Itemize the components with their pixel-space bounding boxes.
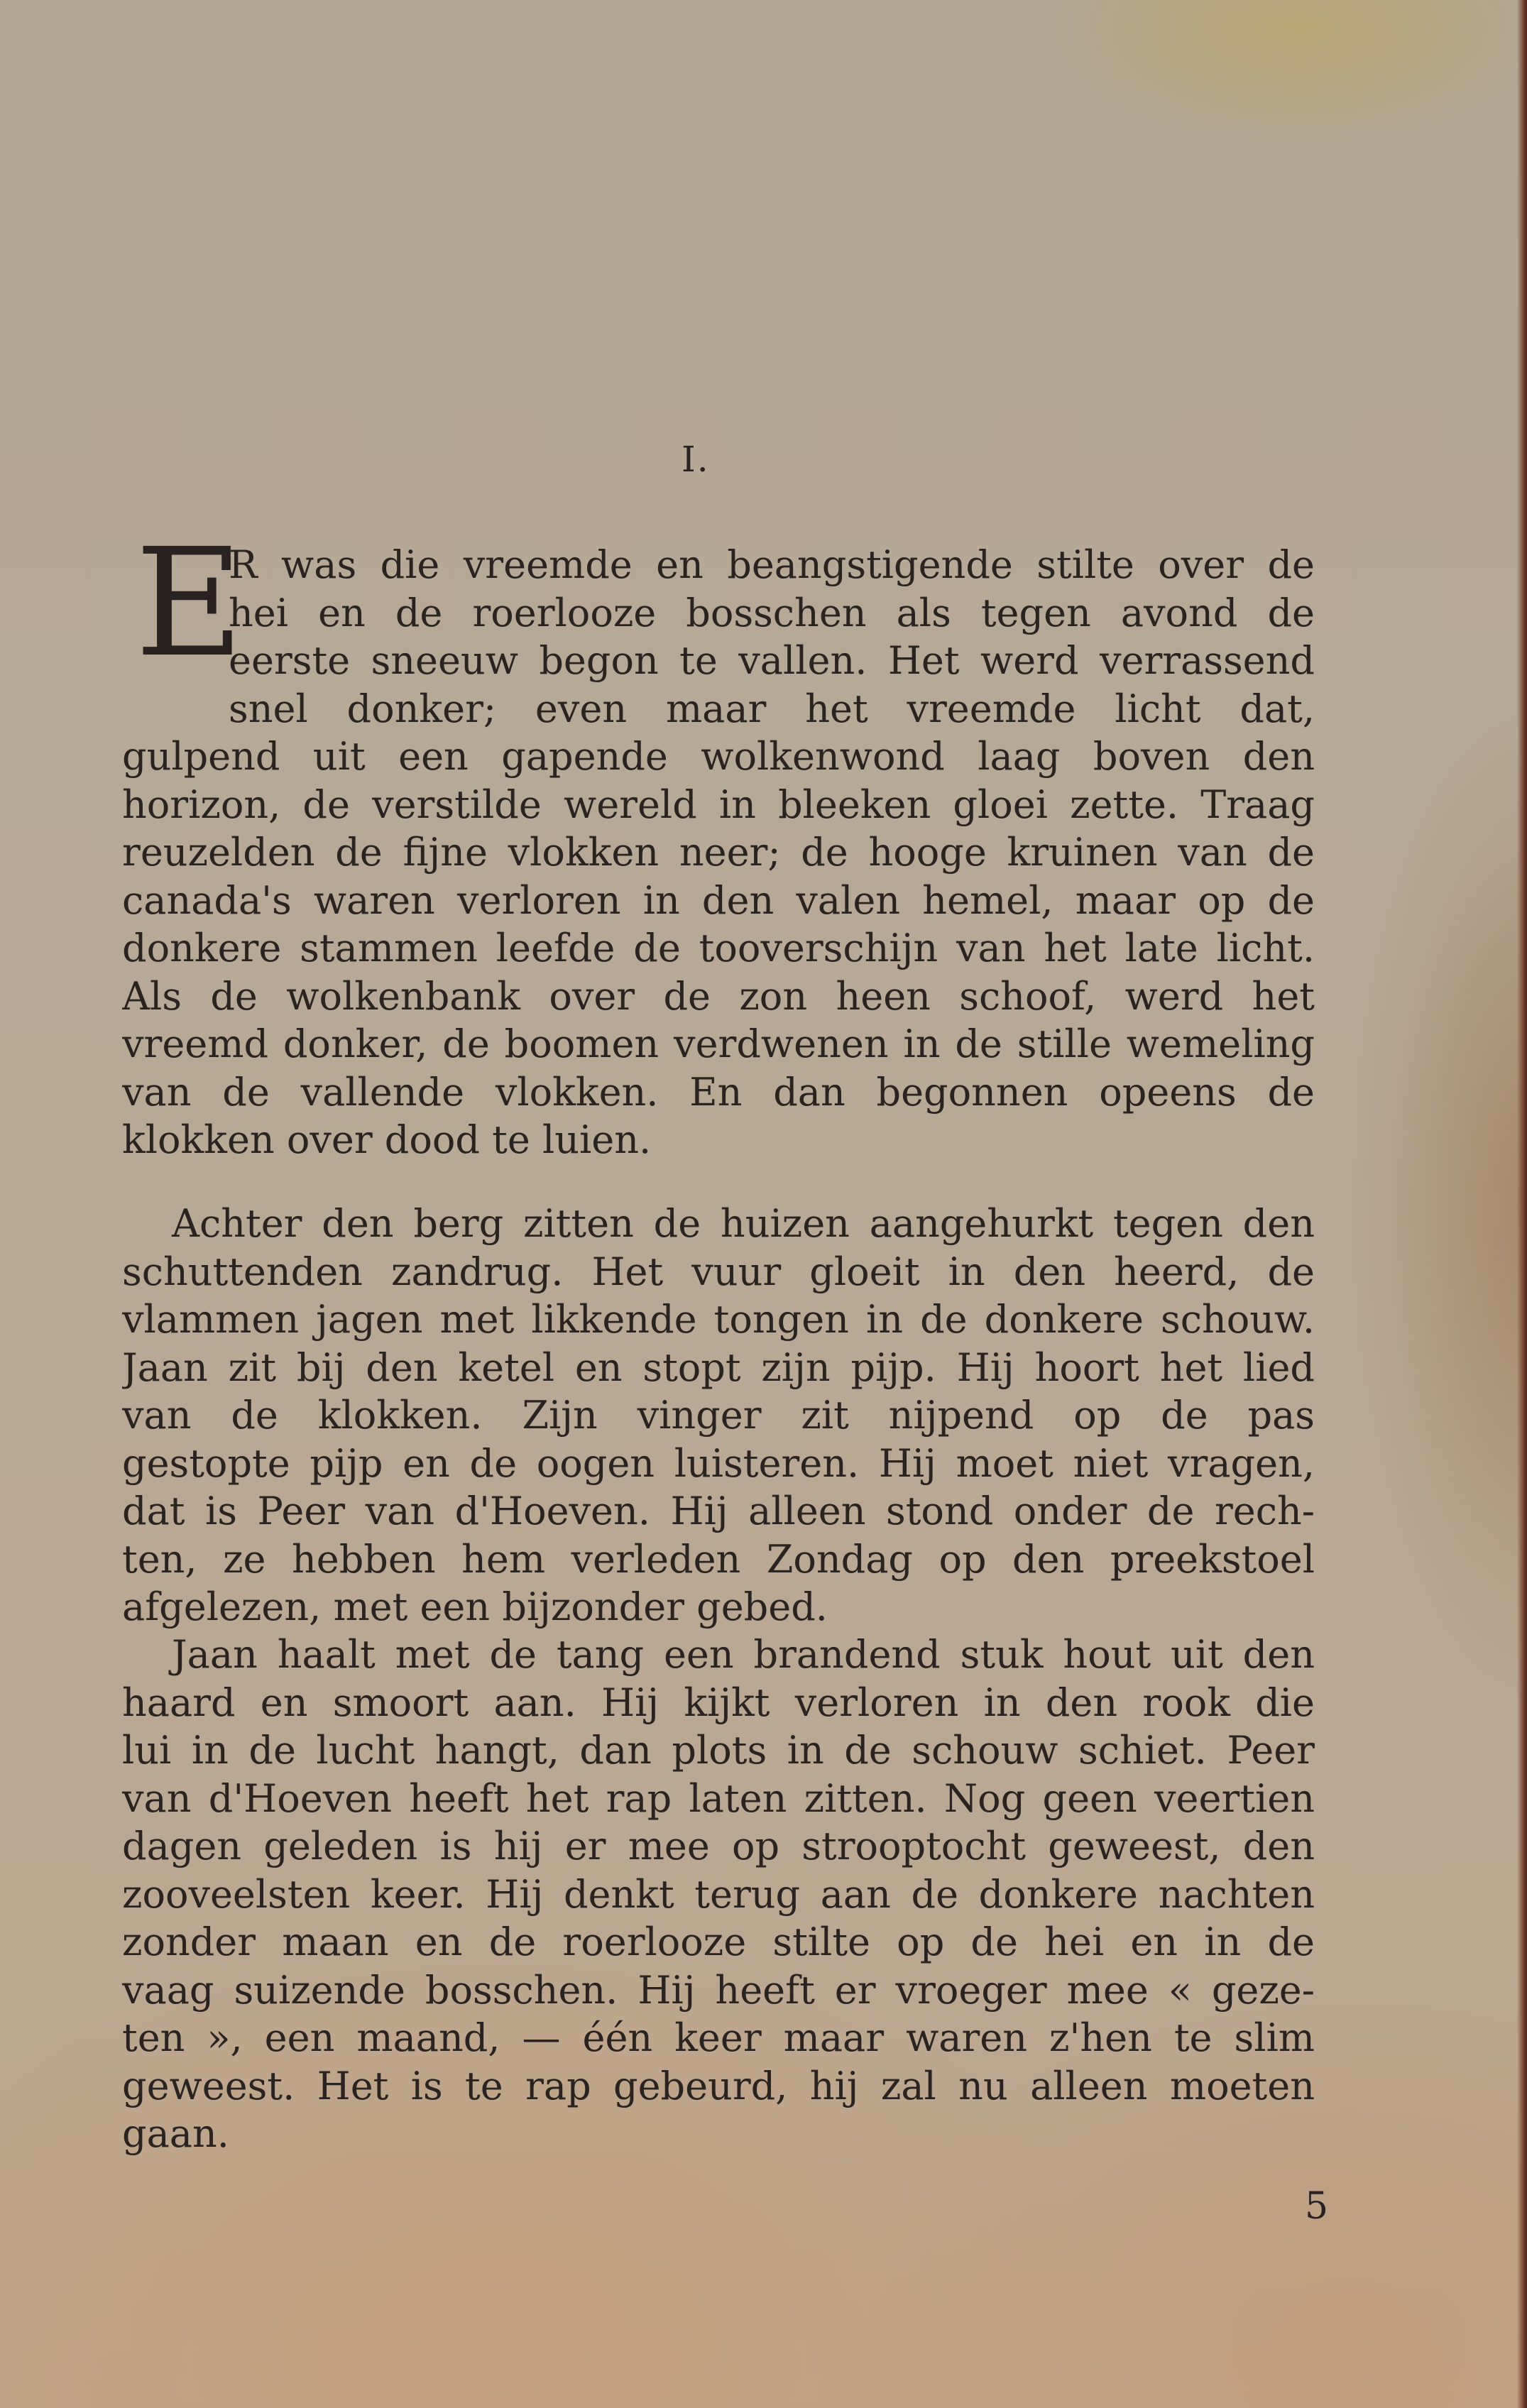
text-line: eerste sneeuw begon te vallen. Het werd … <box>229 637 1315 685</box>
text-line: Achter den berg zitten de huizen aangehu… <box>122 1200 1315 1248</box>
text-line: zooveelsten keer. Hij denkt terug aan de… <box>122 1871 1315 1919</box>
text-line: vreemd donker, de boomen verdwenen in de… <box>122 1020 1315 1068</box>
text-line: dat is Peer van d'Hoeven. Hij alleen sto… <box>122 1487 1315 1536</box>
text-line: vlammen jagen met likkende tongen in de … <box>122 1296 1315 1344</box>
text-line: R was die vreemde en beangstigende stilt… <box>229 541 1315 589</box>
text-line: gulpend uit een gapende wolkenwond laag … <box>122 733 1315 781</box>
text-line: donkere stammen leefde de tooverschijn v… <box>122 924 1315 973</box>
text-line: van de vallende vlokken. En dan begonnen… <box>122 1068 1315 1117</box>
text-line: van d'Hoeven heeft het rap laten zitten.… <box>122 1775 1315 1823</box>
text-line: afgelezen, met een bijzonder gebed. <box>122 1583 1315 1631</box>
text-line: klokken over dood te luien. <box>122 1116 1315 1164</box>
text-line: horizon, de verstilde wereld in bleeken … <box>122 781 1315 829</box>
chapter-heading: I. <box>682 439 752 480</box>
text-line: Jaan haalt met de tang een brandend stuk… <box>122 1631 1315 1679</box>
book-page: I. E R was die vreemde en beangstigende … <box>0 0 1527 2408</box>
text-line: hei en de roerlooze bosschen als tegen a… <box>229 589 1315 637</box>
page-number: 5 <box>1305 2185 1328 2228</box>
text-line: lui in de lucht hangt, dan plots in de s… <box>122 1726 1315 1775</box>
text-line: vaag suizende bosschen. Hij heeft er vro… <box>122 1966 1315 2015</box>
paragraph-1: R was die vreemde en beangstigende stilt… <box>122 541 1315 1164</box>
text-line: ten », een maand, — één keer maar waren … <box>122 2014 1315 2062</box>
text-line: snel donker; even maar het vreemde licht… <box>229 685 1315 733</box>
text-line: haard en smoort aan. Hij kijkt verloren … <box>122 1679 1315 1727</box>
text-line: ten, ze hebben hem verleden Zondag op de… <box>122 1536 1315 1584</box>
paragraph-3: Jaan haalt met de tang een brandend stuk… <box>122 1631 1315 2158</box>
text-line: gaan. <box>122 2110 1315 2158</box>
text-line: schuttenden zandrug. Het vuur gloeit in … <box>122 1248 1315 1296</box>
text-line: Als de wolkenbank over de zon heen schoo… <box>122 973 1315 1021</box>
text-line: van de klokken. Zijn vinger zit nijpend … <box>122 1391 1315 1440</box>
text-line: reuzelden de fijne vlokken neer; de hoog… <box>122 828 1315 877</box>
page-edge-shadow <box>1517 0 1527 2408</box>
text-line: geweest. Het is te rap gebeurd, hij zal … <box>122 2062 1315 2111</box>
text-line: canada's waren verloren in den valen hem… <box>122 877 1315 925</box>
text-line: dagen geleden is hij er mee op strooptoc… <box>122 1822 1315 1871</box>
text-line: Jaan zit bij den ketel en stopt zijn pij… <box>122 1344 1315 1392</box>
text-line: gestopte pijp en de oogen luisteren. Hij… <box>122 1440 1315 1488</box>
paragraph-2: Achter den berg zitten de huizen aangehu… <box>122 1200 1315 1631</box>
text-line: zonder maan en de roerlooze stilte op de… <box>122 1918 1315 1966</box>
